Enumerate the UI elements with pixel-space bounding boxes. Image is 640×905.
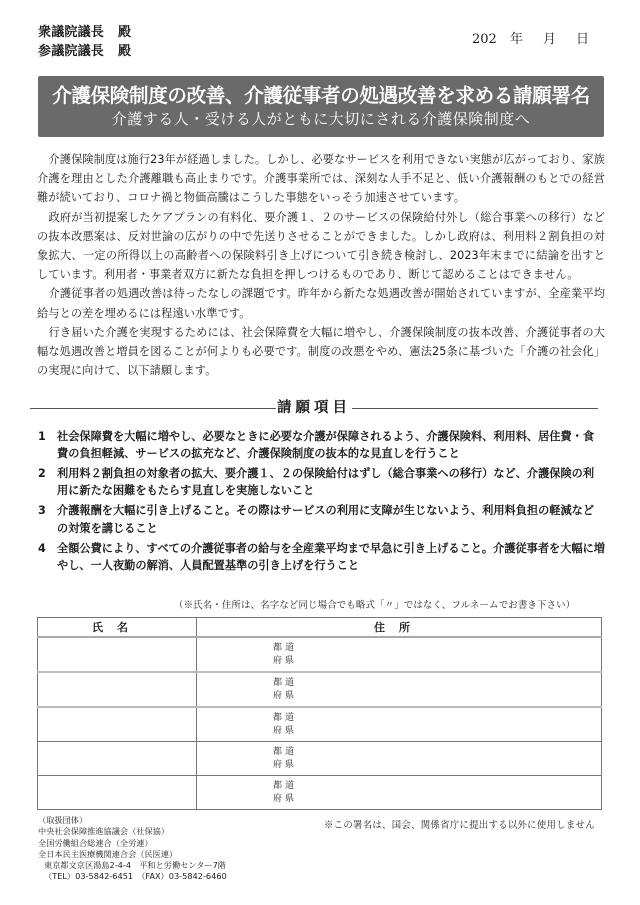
table-row: 都道府県 bbox=[38, 637, 602, 672]
name-field[interactable] bbox=[38, 637, 197, 672]
preamble-text: 介護保険制度は施行23年が経過しました。しかし、必要なサービスを利用できない実態… bbox=[37, 150, 605, 380]
document-title: 介護保険制度の改善、介護従事者の処遇改善を求める請願署名 bbox=[38, 76, 604, 109]
table-row: 都道府県 bbox=[38, 742, 602, 776]
petition-items-heading: 請願項目 bbox=[30, 398, 598, 418]
item-text: 利用料２割負担の対象者の拡大、要介護１、２の保険給付はずし（総合事業への移行）な… bbox=[57, 467, 594, 497]
organization-address: 東京都文京区湯島2-4-4 平和と労働センター7階 bbox=[38, 860, 227, 871]
date-line: 202年月日 bbox=[472, 28, 589, 47]
paragraph: 介護保険制度は施行23年が経過しました。しかし、必要なサービスを利用できない実態… bbox=[37, 150, 605, 208]
table-row: 都道府県 bbox=[38, 776, 602, 810]
paragraph: 介護従事者の処遇改善は待ったなしの課題です。昨年から新たな処遇改善が開始されてい… bbox=[37, 284, 605, 322]
addressee-block: 衆議院議長殿 参議院議長殿 bbox=[38, 23, 131, 61]
item-number: 1 bbox=[38, 428, 46, 445]
divider-line-right bbox=[352, 408, 598, 409]
paragraph: 行き届いた介護を実現するためには、社会保障費を大幅に増やし、介護保険制度の抜本改… bbox=[37, 323, 605, 381]
prefecture-label: 都道府県 bbox=[273, 746, 601, 771]
item-text: 社会保障費を大幅に増やし、必要なときに必要な介護が保障されるよう、介護保険料、利… bbox=[57, 430, 594, 460]
handler-label: （取扱団体） bbox=[38, 815, 227, 826]
signature-table: 氏名 住所 都道府県 都道府県 都道府県 都道府県 都道府県 bbox=[37, 617, 602, 810]
item-text: 全額公費により、すべての介護従事者の給与を全産業平均まで早急に引き上げること。介… bbox=[57, 542, 605, 572]
petition-item-4: 4 全額公費により、すべての介護従事者の給与を全産業平均まで早急に引き上げること… bbox=[37, 540, 605, 575]
organization: 中央社会保障推進協議会（社保協） bbox=[38, 826, 227, 837]
item-number: 4 bbox=[38, 540, 46, 557]
petition-item-1: 1 社会保障費を大幅に増やし、必要なときに必要な介護が保障されるよう、介護保険料… bbox=[37, 428, 605, 463]
date-month-label: 月 bbox=[543, 28, 576, 47]
item-text: 介護報酬を大幅に引き上げること。その際はサービスの利用に支障が生じないよう、利用… bbox=[57, 504, 594, 534]
item-number: 3 bbox=[38, 502, 46, 519]
address-field[interactable]: 都道府県 bbox=[197, 742, 602, 776]
document-subtitle: 介護する人・受ける人がともに大切にされる介護保険制度へ bbox=[38, 109, 604, 129]
column-header-address: 住所 bbox=[197, 618, 602, 638]
petition-item-2: 2 利用料２割負担の対象者の拡大、要介護１、２の保険給付はずし（総合事業への移行… bbox=[37, 465, 605, 500]
title-banner: 介護保険制度の改善、介護従事者の処遇改善を求める請願署名 介護する人・受ける人が… bbox=[38, 76, 604, 137]
privacy-note: ※この署名は、国会、関係省庁に提出する以外に使用しません bbox=[324, 817, 595, 831]
date-year-prefix: 202 bbox=[472, 32, 510, 47]
prefecture-label: 都道府県 bbox=[273, 677, 601, 702]
column-header-name: 氏名 bbox=[38, 618, 197, 638]
name-field[interactable] bbox=[38, 776, 197, 810]
table-row: 都道府県 bbox=[38, 707, 602, 742]
address-field[interactable]: 都道府県 bbox=[197, 707, 602, 742]
prefecture-label: 都道府県 bbox=[273, 712, 601, 737]
table-header-row: 氏名 住所 bbox=[38, 618, 602, 638]
addressee-house-of-councillors: 参議院議長殿 bbox=[38, 42, 131, 61]
table-row: 都道府県 bbox=[38, 672, 602, 707]
address-field[interactable]: 都道府県 bbox=[197, 776, 602, 810]
handling-organizations: （取扱団体） 中央社会保障推進協議会（社保協） 全国労働組合総連合（全労連） 全… bbox=[38, 815, 227, 883]
addressee-house-of-representatives: 衆議院議長殿 bbox=[38, 23, 131, 42]
organization-contact: （TEL）03-5842-6451 （FAX）03-5842-6460 bbox=[38, 871, 227, 882]
item-number: 2 bbox=[38, 465, 46, 482]
date-day-label: 日 bbox=[576, 28, 589, 47]
prefecture-label: 都道府県 bbox=[273, 780, 601, 805]
paragraph: 政府が当初提案したケアプランの有料化、要介護１、２のサービスの保険給付外し（総合… bbox=[37, 208, 605, 285]
organization: 全日本民主医療機関連合会（民医連） bbox=[38, 849, 227, 860]
prefecture-label: 都道府県 bbox=[273, 642, 601, 667]
petition-item-3: 3 介護報酬を大幅に引き上げること。その際はサービスの利用に支障が生じないよう、… bbox=[37, 502, 605, 537]
date-year-label: 年 bbox=[510, 28, 543, 47]
petition-items-list: 1 社会保障費を大幅に増やし、必要なときに必要な介護が保障されるよう、介護保険料… bbox=[37, 428, 605, 577]
address-field[interactable]: 都道府県 bbox=[197, 672, 602, 707]
full-name-instruction: （※氏名・住所は、名字など同じ場合でも略式「〃」ではなく、フルネームでお書き下さ… bbox=[174, 597, 575, 611]
name-field[interactable] bbox=[38, 672, 197, 707]
name-field[interactable] bbox=[38, 707, 197, 742]
organization: 全国労働組合総連合（全労連） bbox=[38, 838, 227, 849]
address-field[interactable]: 都道府県 bbox=[197, 637, 602, 672]
name-field[interactable] bbox=[38, 742, 197, 776]
